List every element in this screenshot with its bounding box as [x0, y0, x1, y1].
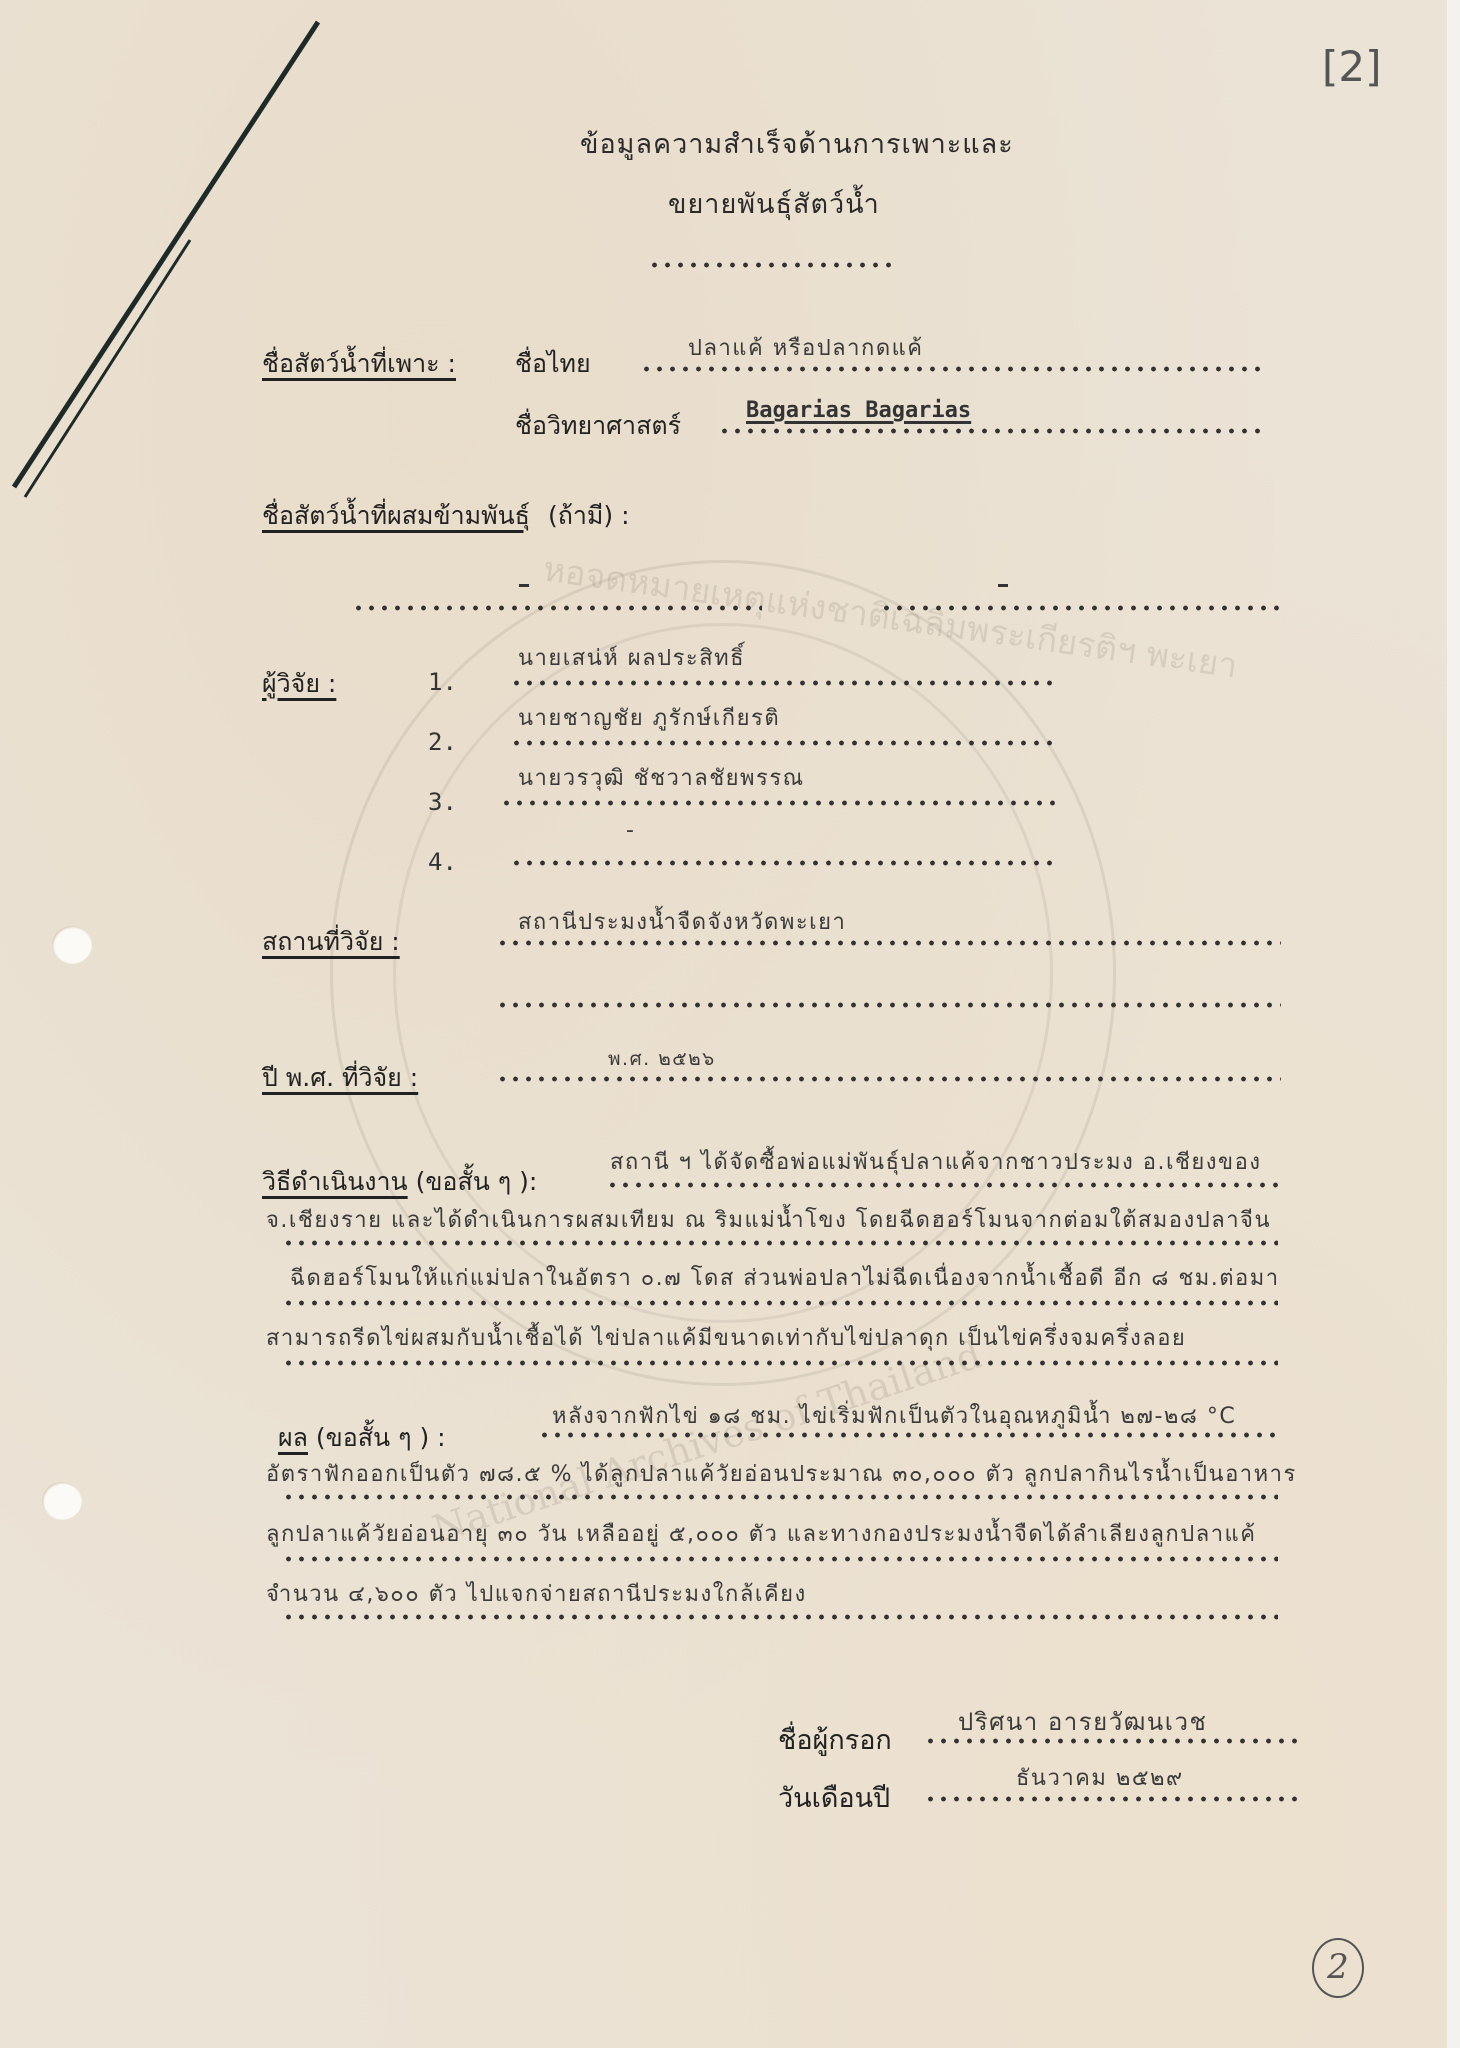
scanner-background-strip [1447, 0, 1460, 2048]
method-line-2: จ.เชียงราย และได้ดำเนินการผสมเทียม ณ ริม… [266, 1202, 1271, 1237]
filler-name-value: ปริศนา อารยวัฒนเวช [958, 1702, 1207, 1741]
sci-name-dotted-line [718, 428, 1260, 434]
researcher-4-dotted-line [510, 860, 1060, 866]
researcher-4-number: 4. [428, 848, 457, 876]
hybrid-left-dash [519, 584, 529, 587]
page-number-circled: 2 [1312, 1938, 1364, 1998]
punch-hole-bottom [42, 1482, 82, 1520]
hybrid-right-dotted-line [880, 605, 1280, 611]
researchers-label: ผู้วิจัย : [262, 664, 336, 704]
year-label: ปี พ.ศ. ที่วิจัย : [262, 1058, 418, 1098]
researcher-3-dotted-line [500, 800, 1060, 806]
date-label: วันเดือนปี [778, 1776, 890, 1819]
results-dotted-line-1 [538, 1432, 1278, 1438]
researcher-1-number: 1. [428, 668, 457, 696]
researcher-4-name: - [626, 818, 635, 843]
method-dotted-line-2 [282, 1240, 1278, 1246]
method-line-3: ฉีดฮอร์โมนให้แก่แม่ปลาในอัตรา ๐.๗ โดส ส่… [290, 1260, 1280, 1295]
method-dotted-line-1 [606, 1182, 1278, 1188]
thai-name-value: ปลาแค้ หรือปลากดแค้ [688, 330, 924, 365]
method-dotted-line-3 [282, 1300, 1278, 1306]
researcher-1-dotted-line [510, 680, 1060, 686]
document-page: หอจดหมายเหตุแห่งชาติเฉลิมพระเกียรติฯ พะเ… [0, 0, 1447, 2048]
results-line-4: จำนวน ๔,๖๐๐ ตัว ไปแจกจ่ายสถานีประมงใกล้เ… [266, 1576, 807, 1611]
researcher-1-name: นายเสน่ห์ ผลประสิทธิ์ [518, 640, 745, 675]
results-label: ผล (ขอสั้น ๆ ) : [278, 1418, 446, 1458]
thai-name-label: ชื่อไทย [515, 344, 591, 384]
title-dotted-rule [648, 262, 898, 268]
results-dotted-line-3 [282, 1556, 1278, 1562]
hybrid-label-suffix: (ถ้ามี) : [548, 496, 630, 536]
year-dotted-line [496, 1076, 1281, 1082]
hybrid-label: ชื่อสัตว์น้ำที่ผสมข้ามพันธุ์ [262, 496, 530, 536]
species-label: ชื่อสัตว์น้ำที่เพาะ : [262, 344, 456, 384]
punch-hole-top [52, 926, 92, 964]
researcher-2-name: นายชาญชัย ภูรักษ์เกียรติ [518, 700, 780, 735]
doc-title-line1: ข้อมูลความสำเร็จด้านการเพาะและ [580, 122, 1014, 165]
results-label-suffix: (ขอสั้น ๆ ) : [316, 1423, 446, 1452]
date-dotted-line [924, 1796, 1304, 1802]
researcher-3-name: นายวรวุฒิ ชัชวาลชัยพรรณ [518, 760, 805, 795]
method-dotted-line-4 [282, 1360, 1278, 1366]
results-line-3: ลูกปลาแค้วัยอ่อนอายุ ๓๐ วัน เหลืออยู่ ๕,… [266, 1516, 1256, 1551]
method-label: วิธีดำเนินงาน (ขอสั้น ๆ ): [262, 1162, 537, 1202]
doc-title-line2: ขยายพันธุ์สัตว์น้ำ [668, 182, 880, 225]
sci-name-value: Bagarias Bagarias [746, 398, 971, 423]
hybrid-left-dotted-line [352, 605, 762, 611]
researcher-3-number: 3. [428, 788, 457, 816]
hybrid-right-dash [998, 584, 1008, 587]
diagonal-pen-stroke [0, 0, 340, 520]
page-number-bracket: [2] [1322, 42, 1382, 91]
method-label-suffix: (ขอสั้น ๆ ): [416, 1167, 538, 1196]
filler-name-label: ชื่อผู้กรอก [778, 1718, 892, 1761]
researcher-2-dotted-line [510, 740, 1060, 746]
researcher-2-number: 2. [428, 728, 457, 756]
results-line-1: หลังจากฟักไข่ ๑๘ ชม. ไข่เริ่มฟักเป็นตัวใ… [552, 1398, 1236, 1433]
results-line-2: อัตราฟักออกเป็นตัว ๗๘.๕ % ได้ลูกปลาแค้วั… [266, 1456, 1297, 1491]
sci-name-label: ชื่อวิทยาศาสตร์ [515, 406, 681, 446]
place-value: สถานีประมงน้ำจืดจังหวัดพะเยา [518, 904, 846, 939]
place-dotted-line-2 [496, 1002, 1281, 1008]
results-dotted-line-4 [282, 1614, 1278, 1620]
method-line-4: สามารถรีดไข่ผสมกับน้ำเชื้อได้ ไข่ปลาแค้ม… [266, 1320, 1186, 1355]
filler-name-dotted-line [924, 1738, 1304, 1744]
results-dotted-line-2 [282, 1494, 1278, 1500]
place-dotted-line-1 [496, 940, 1281, 946]
date-value: ธันวาคม ๒๕๒๙ [1016, 1760, 1184, 1795]
year-value: พ.ศ. ๒๕๒๖ [608, 1044, 716, 1074]
place-label: สถานที่วิจัย : [262, 922, 400, 962]
thai-name-dotted-line [640, 366, 1260, 372]
method-line-1: สถานี ฯ ได้จัดซื้อพ่อแม่พันธุ์ปลาแค้จากช… [610, 1144, 1262, 1179]
